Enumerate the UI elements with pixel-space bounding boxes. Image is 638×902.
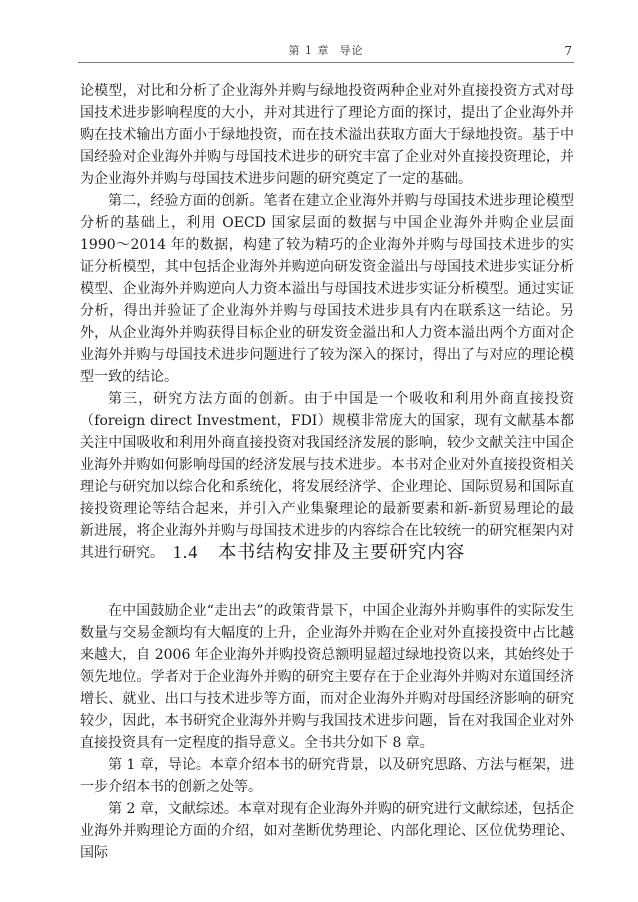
section-heading: 1.4本书结构安排及主要研究内容 bbox=[0, 540, 638, 565]
paragraph-method-innovation: 第三，研究方法方面的创新。由于中国是一个吸收和利用外商直接投资（foreign … bbox=[80, 388, 574, 564]
running-title: 第 1 章导论 bbox=[78, 44, 574, 58]
section-number: 1.4 bbox=[173, 542, 199, 562]
chapter-title: 导论 bbox=[340, 44, 364, 57]
paragraph-chapter-2: 第 2 章，文献综述。本章对现有企业海外并购的研究进行文献综述，包括企业海外并购… bbox=[80, 798, 574, 864]
innovation-section-text: 论模型，对比和分析了企业海外并购与绿地投资两种企业对外直接投资方式对母国技术进步… bbox=[80, 80, 574, 564]
chapter-label: 第 1 章 bbox=[289, 44, 330, 57]
paragraph-intro: 在中国鼓励企业“走出去”的政策背景下，中国企业海外并购事件的实际发生数量与交易金… bbox=[80, 600, 574, 754]
section-title: 本书结构安排及主要研究内容 bbox=[218, 542, 465, 563]
structure-section-text: 在中国鼓励企业“走出去”的政策背景下，中国企业海外并购事件的实际发生数量与交易金… bbox=[80, 600, 574, 864]
paragraph-empirical-innovation: 第二，经验方面的创新。笔者在建立企业海外并购与母国技术进步理论模型分析的基础上，… bbox=[80, 190, 574, 388]
paragraph-continued: 论模型，对比和分析了企业海外并购与绿地投资两种企业对外直接投资方式对母国技术进步… bbox=[80, 80, 574, 190]
paragraph-chapter-1: 第 1 章，导论。本章介绍本书的研究背景，以及研究思路、方法与框架，进一步介绍本… bbox=[80, 754, 574, 798]
page-header: 第 1 章导论 7 bbox=[78, 44, 574, 63]
page-number: 7 bbox=[564, 44, 572, 58]
